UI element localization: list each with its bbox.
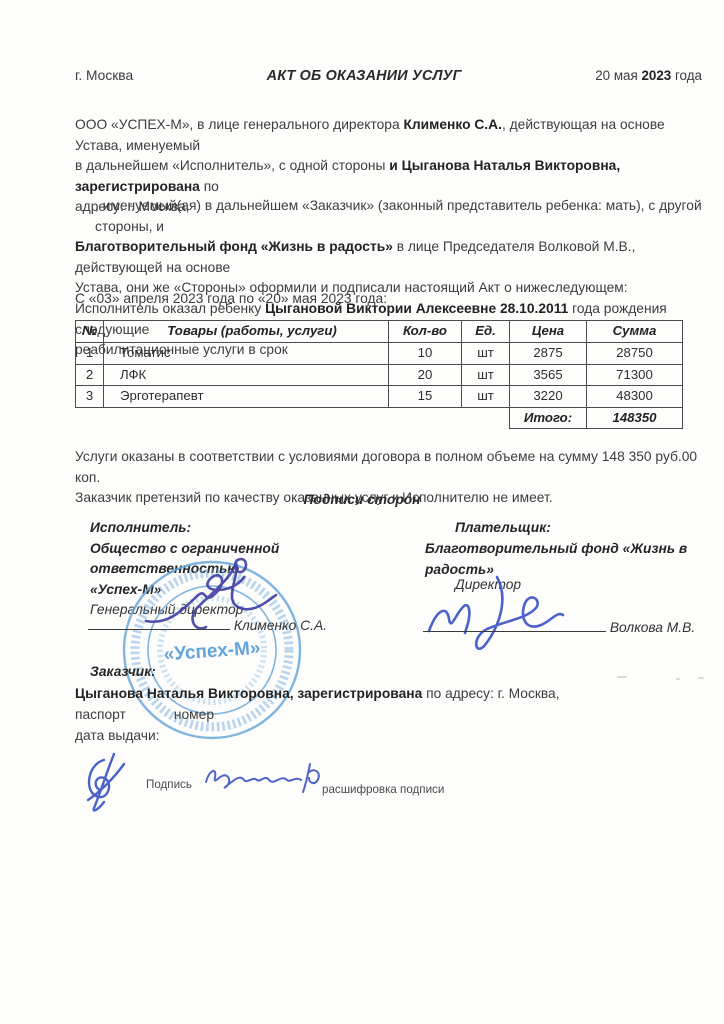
date-year: 2023 bbox=[641, 68, 671, 83]
cell-service: Томатис bbox=[104, 343, 389, 365]
payer-name: Волкова М.В. bbox=[610, 620, 695, 635]
document-date: 20 мая 2023 года bbox=[595, 66, 702, 87]
cell-price: 3565 bbox=[510, 364, 587, 386]
scan-artifact bbox=[698, 677, 704, 679]
cell-price: 2875 bbox=[510, 343, 587, 365]
summary-line-1: Услуги оказаны в соответствии с условиям… bbox=[75, 447, 705, 488]
signature-label: Подпись bbox=[146, 775, 192, 796]
executor-role-label: Исполнитель: bbox=[90, 518, 420, 539]
cell-number: 1 bbox=[76, 343, 104, 365]
header-city: г. Москва bbox=[75, 66, 133, 87]
cell-service: ЛФК bbox=[104, 364, 389, 386]
total-value: 148350 bbox=[587, 407, 683, 429]
text-run: по адресу: г. Москва, bbox=[422, 686, 559, 701]
table-row: 3 Эрготерапевт 15 шт 3220 48300 bbox=[76, 386, 683, 408]
text-run: ООО «УСПЕХ-М», в лице генерального дирек… bbox=[75, 117, 403, 132]
cell-price: 3220 bbox=[510, 386, 587, 408]
table-row: 2 ЛФК 20 шт 3565 71300 bbox=[76, 364, 683, 386]
col-header-number: № bbox=[76, 321, 104, 343]
cell-number: 3 bbox=[76, 386, 104, 408]
table-total-row: Итого: 148350 bbox=[76, 407, 683, 429]
cell-unit: шт bbox=[462, 343, 510, 365]
total-label: Итого: bbox=[510, 407, 587, 429]
text-run: Услуги оказаны в соответствии с условиям… bbox=[75, 449, 697, 485]
table-row: 1 Томатис 10 шт 2875 28750 bbox=[76, 343, 683, 365]
document-title: АКТ ОБ ОКАЗАНИИ УСЛУГ bbox=[267, 66, 462, 87]
signature-decryption-label: расшифровка подписи bbox=[322, 780, 444, 801]
col-header-price: Цена bbox=[510, 321, 587, 343]
cell-number: 2 bbox=[76, 364, 104, 386]
executor-signature-row: Клименко С.А. bbox=[88, 616, 327, 637]
table-header-row: № Товары (работы, услуги) Кол-во Ед. Цен… bbox=[76, 321, 683, 343]
payer-role-label: Плательщик: bbox=[455, 518, 551, 539]
passport-number-label: номер bbox=[174, 707, 214, 722]
text-run: С «03» апреля 2023 года по «20» мая 2023… bbox=[75, 291, 387, 306]
customer-signature bbox=[80, 750, 150, 812]
executor-name: Клименко С.А. bbox=[234, 618, 327, 633]
payer-signature-row: Волкова М.В. bbox=[423, 618, 695, 639]
cell-unit: шт bbox=[462, 364, 510, 386]
cell-unit: шт bbox=[462, 386, 510, 408]
date-suffix: года bbox=[671, 68, 702, 83]
customer-registration-line: Цыганова Наталья Викторовна, зарегистрир… bbox=[75, 684, 695, 705]
cell-qty: 20 bbox=[389, 364, 462, 386]
scanned-act-document: г. Москва АКТ ОБ ОКАЗАНИИ УСЛУГ 20 мая 2… bbox=[0, 0, 724, 1024]
text-run: в дальнейшем «Исполнитель», с одной стор… bbox=[75, 158, 389, 173]
scan-artifact bbox=[617, 676, 627, 678]
passport-label: паспорт bbox=[75, 707, 126, 722]
signatures-section-title: Подписи сторон bbox=[0, 490, 724, 511]
col-header-sum: Сумма bbox=[587, 321, 683, 343]
cell-sum: 71300 bbox=[587, 364, 683, 386]
executor-signature-line bbox=[88, 629, 230, 630]
customer-handwritten-name bbox=[202, 752, 332, 797]
customer-passport-line: паспортномер bbox=[75, 705, 214, 726]
customer-role-label: Заказчик: bbox=[90, 662, 156, 683]
service-period-line: С «03» апреля 2023 года по «20» мая 2023… bbox=[75, 289, 387, 310]
cell-sum: 48300 bbox=[587, 386, 683, 408]
payer-signature-line bbox=[423, 631, 606, 632]
customer-name-bold: Цыганова Наталья Викторовна, зарегистрир… bbox=[75, 686, 422, 701]
col-header-goods: Товары (работы, услуги) bbox=[104, 321, 389, 343]
director-name: Клименко С.А. bbox=[403, 117, 501, 132]
cell-sum: 28750 bbox=[587, 343, 683, 365]
cell-qty: 15 bbox=[389, 386, 462, 408]
col-header-unit: Ед. bbox=[462, 321, 510, 343]
text-run: по bbox=[200, 179, 219, 194]
document-header: г. Москва АКТ ОБ ОКАЗАНИИ УСЛУГ 20 мая 2… bbox=[75, 66, 702, 87]
customer-issue-date-line: дата выдачи: bbox=[75, 726, 160, 747]
fund-name-bold: Благотворительный фонд «Жизнь в радость» bbox=[75, 239, 393, 254]
date-prefix: 20 мая bbox=[595, 68, 641, 83]
scan-artifact bbox=[676, 678, 680, 680]
text-run: , именуемый(ая) в дальнейшем «Заказчик» … bbox=[95, 198, 702, 234]
intro-line-2: в дальнейшем «Исполнитель», с одной стор… bbox=[75, 156, 705, 197]
col-header-qty: Кол-во bbox=[389, 321, 462, 343]
cell-qty: 10 bbox=[389, 343, 462, 365]
total-spacer bbox=[76, 407, 510, 429]
intro-line-1: ООО «УСПЕХ-М», в лице генерального дирек… bbox=[75, 115, 705, 156]
parties-line-1: , именуемый(ая) в дальнейшем «Заказчик» … bbox=[75, 196, 705, 237]
payer-org: Благотворительный фонд «Жизнь в радость» bbox=[425, 539, 715, 580]
parties-line-2: Благотворительный фонд «Жизнь в радость»… bbox=[75, 237, 705, 278]
cell-service: Эрготерапевт bbox=[104, 386, 389, 408]
services-table: № Товары (работы, услуги) Кол-во Ед. Цен… bbox=[75, 320, 683, 429]
